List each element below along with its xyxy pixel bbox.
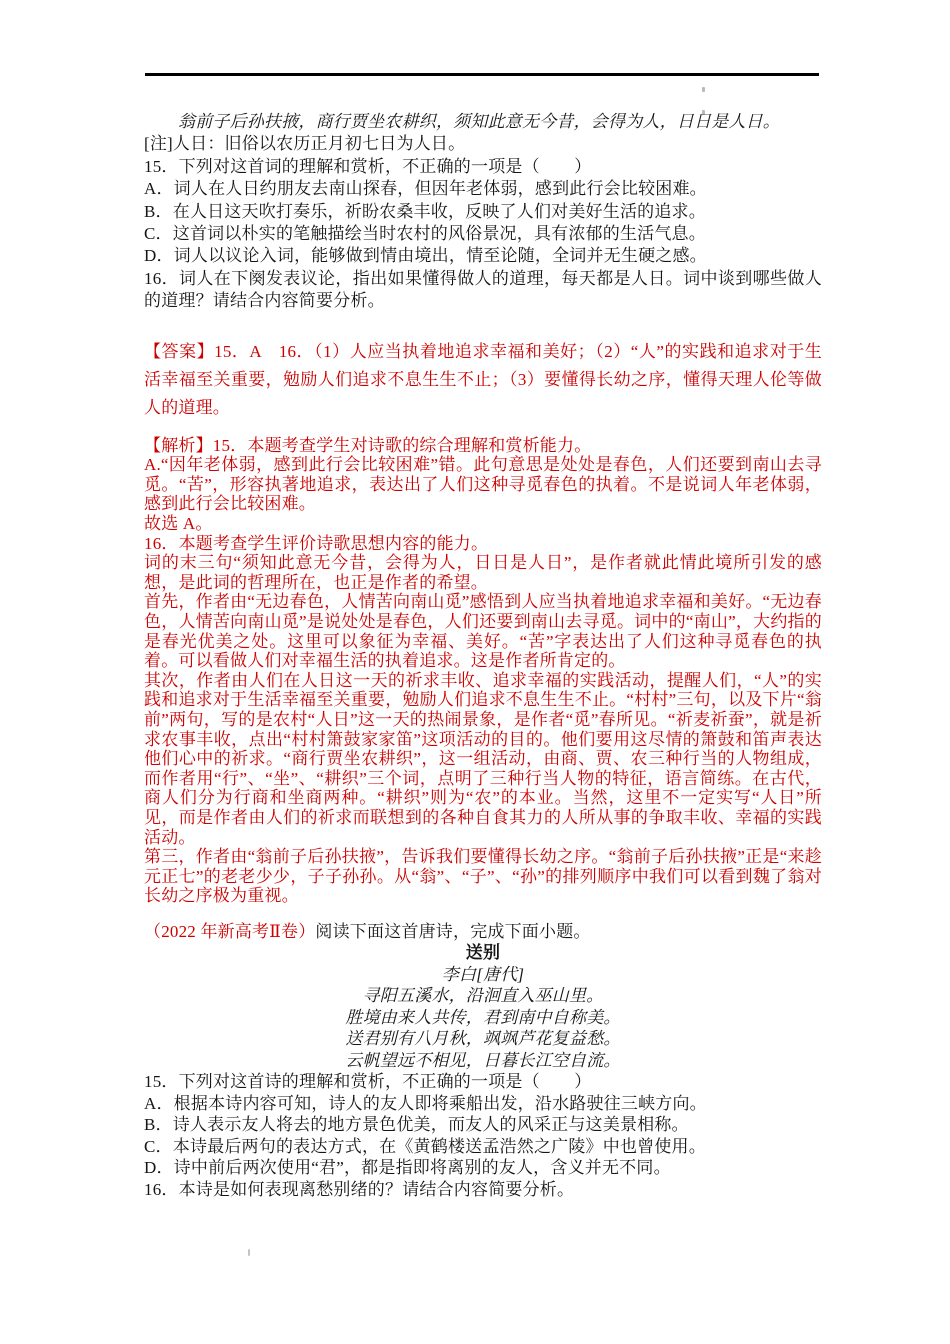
page-top-rule — [145, 73, 819, 76]
question-15-option-b: B．诗人表示友人将去的地方景色优美，而友人的风采正与这美景相称。 — [144, 1114, 822, 1136]
scan-speck — [248, 1249, 250, 1256]
analysis-paragraph: 其次，作者由人们在人日这一天的祈求丰收、追求幸福的实践活动，提醒人们，“人”的实… — [144, 671, 822, 847]
exam-source-label: （2022 年新高考Ⅱ卷） — [144, 922, 315, 941]
analysis-paragraph: A.“因年老体弱，感到此行会比较困难”错。此句意思是处处是春色，人们还要到南山去… — [144, 455, 822, 514]
question-15-option-a: A．根据本诗内容可知，诗人的友人即将乘船出发，沿水路驶往三峡方向。 — [144, 1093, 822, 1115]
poem-line: 胜境由来人共传，君到南中自称美。 — [144, 1007, 822, 1029]
source-line: （2022 年新高考Ⅱ卷）阅读下面这首唐诗，完成下面小题。 — [144, 921, 822, 943]
question-16-stem: 16．本诗是如何表现离愁别绪的？请结合内容简要分析。 — [144, 1179, 822, 1201]
question-15-option-c: C．本诗最后两句的表达方式，在《黄鹤楼送孟浩然之广陵》中也曾使用。 — [144, 1136, 822, 1158]
question-15-stem: 15．下列对这首诗的理解和赏析，不正确的一项是（ ） — [144, 1071, 822, 1093]
question-15-option-c: C．这首词以朴实的笔触描绘当时农村的风俗景况，具有浓郁的生活气息。 — [144, 223, 822, 245]
question-section-1: 翁前子后孙扶掖，商行贾坐农耕织，须知此意无今昔，会得为人，日日是人日。 [注]人… — [144, 111, 822, 313]
question-15-stem: 15．下列对这首词的理解和赏析，不正确的一项是（ ） — [144, 156, 822, 178]
poem-note: [注]人日：旧俗以农历正月初七日为人日。 — [144, 133, 822, 155]
poem-line: 云帆望远不相见，日暮长江空自流。 — [144, 1050, 822, 1072]
scan-speck — [702, 87, 705, 92]
poem-author: 李白[唐代] — [144, 964, 822, 986]
poem-title: 送别 — [144, 942, 822, 964]
poem-line: 寻阳五溪水，沿洄直入巫山里。 — [144, 985, 822, 1007]
document-content: 翁前子后孙扶掖，商行贾坐农耕织，须知此意无今昔，会得为人，日日是人日。 [注]人… — [144, 111, 822, 1200]
question-16-stem: 16．词人在下阕发表议论，指出如果懂得做人的道理，每天都是人日。词中谈到哪些做人… — [144, 268, 822, 313]
analysis-paragraph: 故选 A。 — [144, 514, 822, 534]
analysis-paragraph: 【解析】15．本题考查学生对诗歌的综合理解和赏析能力。 — [144, 436, 822, 456]
answer-text: 【答案】15．A 16．（1）人应当执着地追求幸福和美好；（2）“人”的实践和追… — [144, 338, 822, 422]
question-section-2: （2022 年新高考Ⅱ卷）阅读下面这首唐诗，完成下面小题。 送别 李白[唐代] … — [144, 921, 822, 1201]
question-15-option-a: A．词人在人日约朋友去南山探春，但因年老体弱，感到此行会比较困难。 — [144, 178, 822, 200]
question-15-option-d: D．词人以议论入词，能够做到情由境出，情至论随，全词并无生硬之感。 — [144, 245, 822, 267]
answer-block: 【答案】15．A 16．（1）人应当执着地追求幸福和美好；（2）“人”的实践和追… — [144, 338, 822, 422]
ci-poem-last-line: 翁前子后孙扶掖，商行贾坐农耕织，须知此意无今昔，会得为人，日日是人日。 — [144, 111, 822, 133]
analysis-paragraph: 第三，作者由“翁前子后孙扶掖”，告诉我们要懂得长幼之序。“翁前子后孙扶掖”正是“… — [144, 847, 822, 906]
question-15-option-d: D．诗中前后两次使用“君”，都是指即将离别的友人，含义并无不同。 — [144, 1157, 822, 1179]
analysis-paragraph: 词的末三句“须知此意无今昔，会得为人，日日是人日”，是作者就此情此境所引发的感想… — [144, 553, 822, 592]
section-intro: 阅读下面这首唐诗，完成下面小题。 — [315, 922, 590, 941]
question-15-option-b: B．在人日这天吹打奏乐，祈盼农桑丰收，反映了人们对美好生活的追求。 — [144, 201, 822, 223]
analysis-block: 【解析】15．本题考查学生对诗歌的综合理解和赏析能力。 A.“因年老体弱，感到此… — [144, 436, 822, 906]
poem-line: 送君别有八月秋，飒飒芦花复益愁。 — [144, 1028, 822, 1050]
analysis-paragraph: 首先，作者由“无边春色，人情苦向南山觅”感悟到人应当执着地追求幸福和美好。“无边… — [144, 592, 822, 670]
analysis-paragraph: 16．本题考查学生评价诗歌思想内容的能力。 — [144, 534, 822, 554]
